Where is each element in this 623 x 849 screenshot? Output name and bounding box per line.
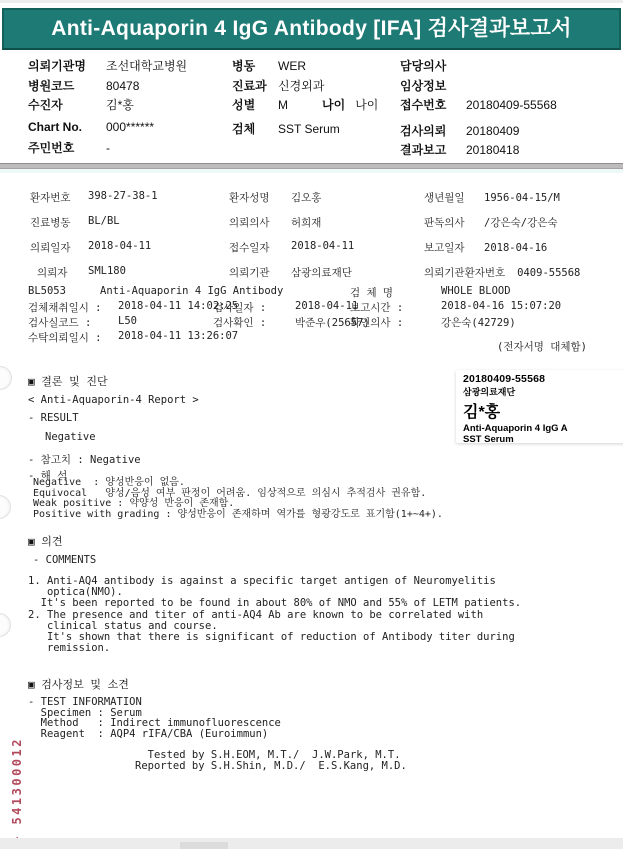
header-right-column: 담당의사 임상정보 접수번호20180409-55568 검사의뢰2018040… bbox=[400, 57, 557, 161]
bottom-gray-tab bbox=[180, 842, 228, 849]
header-field: 검사의뢰20180409 bbox=[400, 122, 557, 142]
lab-code-label: 검사실코드 : bbox=[28, 315, 91, 330]
header-field: 주민번호- bbox=[28, 139, 187, 159]
cell-value: 삼광의료재단 bbox=[291, 265, 352, 280]
field-value: M bbox=[278, 98, 322, 112]
field-label: 결과보고 bbox=[400, 141, 466, 158]
test-name: Anti-Aquaporin 4 IgG Antibody bbox=[100, 285, 283, 297]
test-info-details: - TEST INFORMATION Specimen : Serum Meth… bbox=[28, 697, 608, 739]
report-subtitle: < Anti-Aquaporin-4 Report > bbox=[28, 394, 199, 406]
result-value: Negative bbox=[45, 431, 96, 443]
cell-label: 의뢰기관 bbox=[229, 265, 270, 280]
header-field: Chart No.000****** bbox=[28, 120, 187, 140]
specimen-label-sticker: 20180409-55568 삼광의료재단 김*홍 Anti-Aquaporin… bbox=[456, 370, 623, 443]
field-value: 20180409-55568 bbox=[466, 98, 557, 112]
header-field: 임상정보 bbox=[400, 77, 557, 97]
signature-lines: Tested by S.H.EOM, M.T./ J.W.Park, M.T. … bbox=[135, 750, 535, 772]
header-middle-column: 병동WER 진료과신경외과 성별M나이나이 검체SST Serum bbox=[232, 57, 378, 139]
cell-label: 의뢰자 bbox=[37, 265, 67, 280]
lab-report-page: Anti-Aquaporin 4 IgG Antibody [IFA] 검사결과… bbox=[0, 0, 623, 849]
cell-label: 보고일자 bbox=[424, 240, 472, 255]
specimen-value: WHOLE BLOOD bbox=[441, 285, 511, 297]
bottom-gray-strip bbox=[0, 838, 623, 849]
sticker-specimen-type: SST Serum bbox=[463, 434, 623, 445]
field-value: 20180409 bbox=[466, 124, 519, 138]
header-field: 진료과신경외과 bbox=[232, 77, 378, 97]
field-label: 병원코드 bbox=[28, 77, 106, 94]
cell-value: 1956-04-15/M bbox=[484, 192, 560, 204]
report-time-value: 2018-04-16 15:07:20 bbox=[441, 300, 561, 312]
field-label: 담당의사 bbox=[400, 57, 466, 74]
cell: 판독의사/강은숙/강은숙 bbox=[424, 215, 558, 230]
header-field: 결과보고20180418 bbox=[400, 141, 557, 161]
cell-label: 생년월일 bbox=[424, 190, 472, 205]
cell: 의뢰기관환자번호0409-55568 bbox=[424, 265, 580, 280]
verified-label: 검사확인 : bbox=[213, 315, 266, 330]
sticker-patient-name: 김*홍 bbox=[463, 399, 623, 422]
cell-label: 의뢰의사 bbox=[229, 215, 270, 230]
cell-value: 398-27-38-1 bbox=[88, 190, 158, 202]
top-edge-strip bbox=[0, 0, 623, 3]
result-section-heading: ▣ 결론 및 진단 bbox=[28, 373, 108, 389]
field-label: 검사의뢰 bbox=[400, 122, 466, 139]
header-field: 병원코드80478 bbox=[28, 77, 187, 97]
field-value: 신경외과 bbox=[278, 79, 324, 93]
field-label: 성별 bbox=[232, 96, 278, 113]
test-code: BL5053 bbox=[28, 285, 66, 297]
sticker-accession-number: 20180409-55568 bbox=[463, 373, 623, 385]
field-value-age: 나이 bbox=[355, 98, 378, 112]
confirm-doctor-label: 확인의사 : bbox=[350, 315, 403, 330]
comment-2: 2. The presence and titer of anti-AQ4 Ab… bbox=[28, 610, 608, 654]
cell-label: 판독의사 bbox=[424, 215, 472, 230]
field-value: 조선대학교병원 bbox=[106, 59, 187, 73]
lab-code-value: L50 bbox=[118, 315, 137, 327]
cell: 보고일자2018-04-16 bbox=[424, 240, 547, 255]
scan-tint-band bbox=[0, 169, 623, 173]
header-field: 의뢰기관명조선대학교병원 bbox=[28, 57, 187, 77]
cell-value: SML180 bbox=[88, 265, 126, 277]
field-label: Chart No. bbox=[28, 120, 106, 134]
header-field: 검체SST Serum bbox=[232, 120, 378, 140]
cell-value: 2018-04-16 bbox=[484, 242, 547, 254]
field-label: 검체 bbox=[232, 120, 278, 137]
cell-label: 환자성명 bbox=[229, 190, 270, 205]
field-value: 김*홍 bbox=[106, 98, 134, 112]
cell-label: 의뢰일자 bbox=[30, 240, 71, 255]
result-label: - RESULT bbox=[28, 412, 79, 424]
test-info-heading: ▣ 검사정보 및 소견 bbox=[28, 676, 129, 692]
collected-label: 검체채취일시 : bbox=[28, 300, 102, 315]
header-left-column: 의뢰기관명조선대학교병원 병원코드80478 수진자김*홍 Chart No.0… bbox=[28, 57, 187, 159]
field-value: 80478 bbox=[106, 79, 139, 93]
header-field: 접수번호20180409-55568 bbox=[400, 96, 557, 116]
test-date-label: 검사일자 : bbox=[213, 300, 266, 315]
cell-label: 환자번호 bbox=[30, 190, 71, 205]
field-value: 000****** bbox=[106, 120, 154, 134]
cell-label: 의뢰기관환자번호 bbox=[424, 265, 505, 280]
punch-hole bbox=[0, 366, 12, 390]
field-label: 진료과 bbox=[232, 77, 278, 94]
field-label: 의뢰기관명 bbox=[28, 57, 106, 74]
cell-value: 허희재 bbox=[291, 215, 321, 230]
cell-value: BL/BL bbox=[88, 215, 120, 227]
field-label-age: 나이 bbox=[322, 96, 345, 113]
specimen-label: 검 체 명 bbox=[350, 285, 393, 300]
comments-label: - COMMENTS bbox=[33, 554, 96, 566]
field-value: - bbox=[106, 141, 110, 155]
esign-note: (전자서명 대체함) bbox=[497, 339, 587, 354]
header-field: 성별M나이나이 bbox=[232, 96, 378, 116]
cell-label: 진료병동 bbox=[30, 215, 71, 230]
field-label: 주민번호 bbox=[28, 139, 106, 156]
opinion-heading: ▣ 의견 bbox=[28, 533, 63, 549]
side-barcode-number: + 541300012 bbox=[10, 737, 24, 844]
request-value: 2018-04-11 13:26:07 bbox=[118, 330, 238, 342]
cell-value: /강은숙/강은숙 bbox=[484, 217, 558, 229]
field-value: 20180418 bbox=[466, 143, 519, 157]
report-title-banner: Anti-Aquaporin 4 IgG Antibody [IFA] 검사결과… bbox=[2, 8, 621, 50]
confirm-doctor-value: 강은숙(42729) bbox=[441, 315, 516, 330]
header-field: 병동WER bbox=[232, 57, 378, 77]
request-label: 수탁의뢰일시 : bbox=[28, 330, 102, 345]
sticker-test-name: Anti-Aquaporin 4 IgG A bbox=[463, 423, 623, 434]
report-time-label: 보고시간 : bbox=[350, 300, 403, 315]
cell-value: 김오홍 bbox=[291, 190, 321, 205]
field-value: SST Serum bbox=[278, 122, 340, 136]
test-date-value: 2018-04-11 bbox=[295, 300, 358, 312]
cell: 생년월일1956-04-15/M bbox=[424, 190, 560, 205]
field-label: 수진자 bbox=[28, 96, 106, 113]
cell-value: 2018-04-11 bbox=[88, 240, 151, 252]
sticker-lab-name: 삼광의료재단 bbox=[463, 385, 623, 398]
field-label: 접수번호 bbox=[400, 96, 466, 113]
field-label: 병동 bbox=[232, 57, 278, 74]
cell-label: 접수일자 bbox=[229, 240, 270, 255]
field-label: 임상정보 bbox=[400, 77, 466, 94]
comment-1: 1. Anti-AQ4 antibody is against a specif… bbox=[28, 576, 608, 609]
header-field: 수진자김*홍 bbox=[28, 96, 187, 116]
cell-value: 2018-04-11 bbox=[291, 240, 354, 252]
cell-value: 0409-55568 bbox=[517, 267, 580, 279]
reference-value: - 참고치 : Negative bbox=[28, 452, 141, 467]
report-title: Anti-Aquaporin 4 IgG Antibody [IFA] 검사결과… bbox=[51, 17, 571, 40]
punch-hole bbox=[0, 613, 11, 637]
field-value: WER bbox=[278, 59, 306, 73]
header-field: 담당의사 bbox=[400, 57, 557, 77]
punch-hole bbox=[0, 495, 11, 519]
interpretation-text: Negative : 양성반응이 없음. Equivocal 양성/음성 여부 … bbox=[33, 478, 613, 520]
